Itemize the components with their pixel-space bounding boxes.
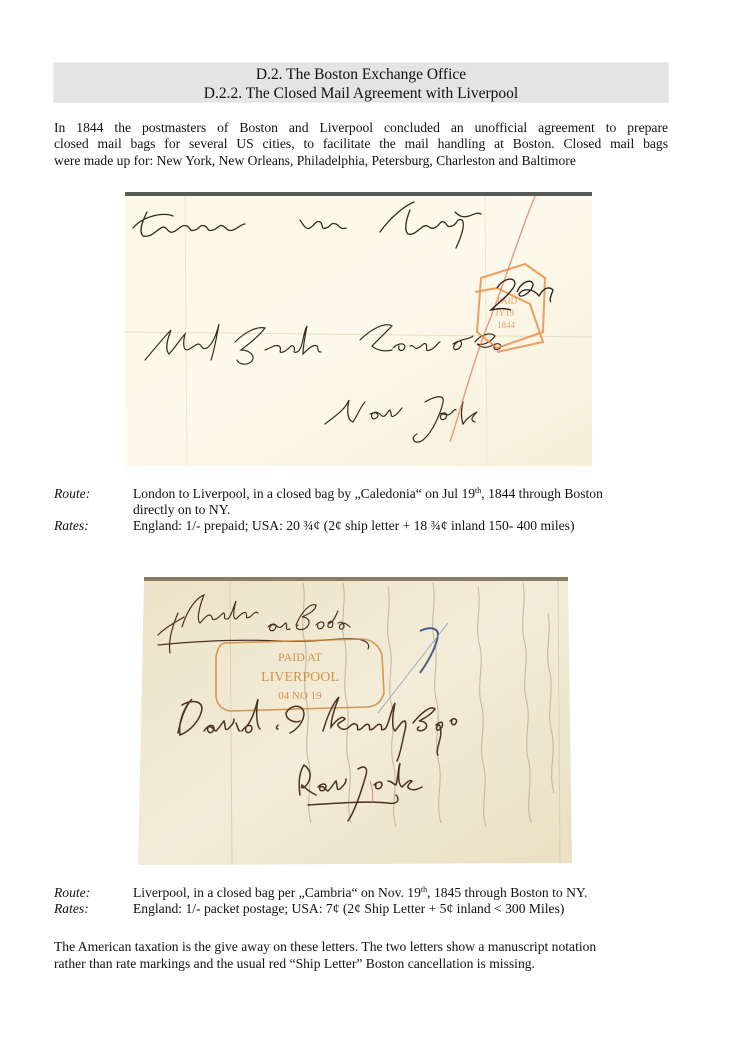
letter-2-caption: Route: Liverpool, in a closed bag per „C… bbox=[54, 885, 684, 917]
section-header: D.2. The Boston Exchange Office D.2.2. T… bbox=[53, 62, 669, 103]
route-text-part: London to Liverpool, in a closed bag by … bbox=[133, 486, 475, 501]
route-text: London to Liverpool, in a closed bag by … bbox=[133, 486, 603, 501]
document-page: D.2. The Boston Exchange Office D.2.2. T… bbox=[0, 0, 750, 1061]
intro-line: were made up for: New York, New Orleans,… bbox=[54, 153, 668, 169]
rates-label: Rates: bbox=[54, 901, 89, 917]
route-row: Route: London to Liverpool, in a closed … bbox=[54, 486, 684, 502]
route-text-part: Liverpool, in a closed bag per „Cambria“… bbox=[133, 885, 421, 900]
route-row: Route: Liverpool, in a closed bag per „C… bbox=[54, 885, 684, 901]
section-title: D.2. The Boston Exchange Office bbox=[54, 65, 668, 84]
intro-line: In 1844 the postmasters of Boston and Li… bbox=[54, 120, 668, 136]
letter-cover-illustration: PAID AT LIVERPOOL 04 NO 19 bbox=[138, 573, 573, 868]
svg-text:PAID AT: PAID AT bbox=[278, 650, 323, 664]
route-text-part: , 1845 through Boston to NY. bbox=[427, 885, 587, 900]
route-row-continued: directly on to NY. bbox=[54, 502, 684, 518]
route-label: Route: bbox=[54, 885, 90, 901]
letter-cover-image-2: PAID AT LIVERPOOL 04 NO 19 bbox=[138, 573, 573, 868]
rates-text: England: 1/- prepaid; USA: 20 ¾¢ (2¢ shi… bbox=[133, 518, 574, 533]
letter-cover-image-1: PAID JY19 1844 bbox=[125, 192, 592, 466]
rates-label: Rates: bbox=[54, 518, 89, 534]
svg-text:04 NO 19: 04 NO 19 bbox=[278, 690, 322, 702]
route-text: Liverpool, in a closed bag per „Cambria“… bbox=[133, 885, 587, 900]
intro-line: closed mail bags for several US cities, … bbox=[54, 136, 668, 152]
closing-line: The American taxation is the give away o… bbox=[54, 938, 694, 955]
rates-text: England: 1/- packet postage; USA: 7¢ (2¢… bbox=[133, 901, 564, 916]
route-text-part: , 1844 through Boston bbox=[481, 486, 603, 501]
route-label: Route: bbox=[54, 486, 90, 502]
rates-row: Rates: England: 1/- packet postage; USA:… bbox=[54, 901, 684, 917]
closing-line: rather than rate markings and the usual … bbox=[54, 955, 694, 972]
route-text-continued: directly on to NY. bbox=[133, 502, 230, 517]
letter-cover-illustration: PAID JY19 1844 bbox=[125, 192, 592, 466]
svg-text:LIVERPOOL: LIVERPOOL bbox=[261, 670, 339, 685]
svg-text:1844: 1844 bbox=[497, 320, 516, 330]
closing-paragraph: The American taxation is the give away o… bbox=[54, 938, 694, 972]
rates-row: Rates: England: 1/- prepaid; USA: 20 ¾¢ … bbox=[54, 518, 684, 534]
subsection-title: D.2.2. The Closed Mail Agreement with Li… bbox=[54, 84, 668, 103]
svg-text:JY19: JY19 bbox=[495, 308, 515, 318]
intro-paragraph: In 1844 the postmasters of Boston and Li… bbox=[54, 120, 668, 169]
letter-1-caption: Route: London to Liverpool, in a closed … bbox=[54, 486, 684, 534]
